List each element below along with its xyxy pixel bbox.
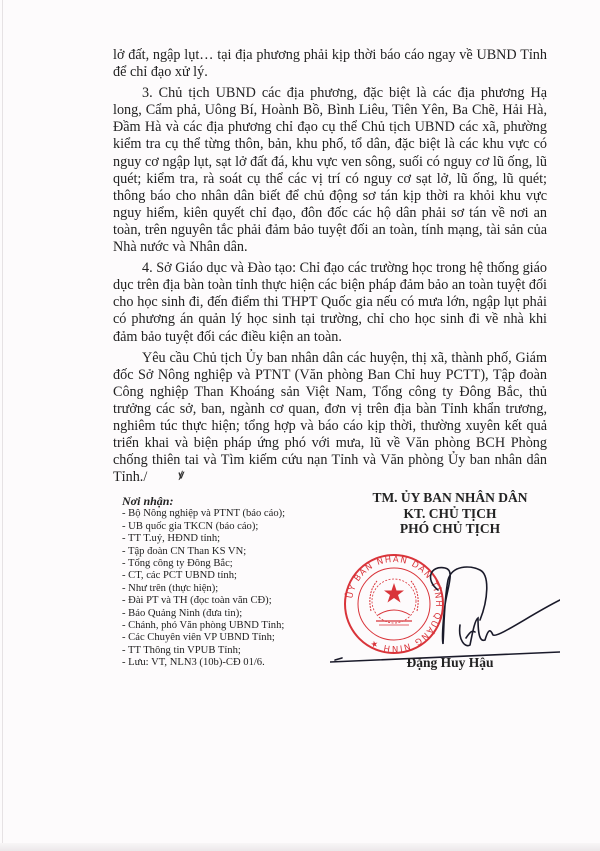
page-bottom-shadow bbox=[0, 843, 600, 851]
recipient-item: - Báo Quảng Ninh (đưa tin); bbox=[122, 608, 332, 620]
signature-title-line-1: TM. ỦY BAN NHÂN DÂN bbox=[355, 490, 545, 506]
recipient-item: - Như trên (thực hiện); bbox=[122, 583, 332, 595]
handwritten-signature bbox=[330, 560, 560, 670]
recipient-item: - CT, các PCT UBND tỉnh; bbox=[122, 570, 332, 582]
recipient-item: - Tổng công ty Đông Bắc; bbox=[122, 558, 332, 570]
document-body: lở đất, ngập lụt… tại địa phương phải kị… bbox=[113, 47, 547, 491]
initial-mark: ꝟ bbox=[148, 467, 185, 490]
recipient-item: - Chánh, phó Văn phòng UBND Tỉnh; bbox=[122, 620, 332, 632]
recipient-item: - TT T.uỷ, HĐND tỉnh; bbox=[122, 533, 332, 545]
closing-text: Yêu cầu Chủ tịch Ủy ban nhân dân các huy… bbox=[113, 350, 547, 486]
signer-name: Đặng Huy Hậu bbox=[395, 655, 505, 671]
signature-block: TM. ỦY BAN NHÂN DÂN KT. CHỦ TỊCH PHÓ CHỦ… bbox=[355, 490, 545, 537]
signature-title-line-3: PHÓ CHỦ TỊCH bbox=[355, 521, 545, 537]
page-edge bbox=[2, 0, 3, 851]
continuation-paragraph: lở đất, ngập lụt… tại địa phương phải kị… bbox=[113, 47, 547, 81]
recipient-item: - UB quốc gia TKCN (báo cáo); bbox=[122, 521, 332, 533]
recipient-item: - TT Thông tin VPUB Tỉnh; bbox=[122, 645, 332, 657]
item-4-paragraph: 4. Sở Giáo dục và Đào tạo: Chỉ đạo các t… bbox=[113, 260, 547, 345]
recipients-list: Nơi nhận: - Bộ Nông nghiệp và PTNT (báo … bbox=[122, 495, 332, 670]
item-3-paragraph: 3. Chủ tịch UBND các địa phương, đặc biệ… bbox=[113, 85, 547, 256]
recipient-item: - Lưu: VT, NLN3 (10b)-CĐ 01/6. bbox=[122, 657, 332, 669]
recipient-item: - Các Chuyên viên VP UBND Tỉnh; bbox=[122, 632, 332, 644]
recipient-item: - Đài PT và TH (đọc toàn văn CĐ); bbox=[122, 595, 332, 607]
recipient-item: - Tập đoàn CN Than KS VN; bbox=[122, 546, 332, 558]
recipient-item: - Bộ Nông nghiệp và PTNT (báo cáo); bbox=[122, 508, 332, 520]
signature-title-line-2: KT. CHỦ TỊCH bbox=[355, 506, 545, 522]
recipients-heading: Nơi nhận: bbox=[122, 495, 332, 507]
closing-paragraph: Yêu cầu Chủ tịch Ủy ban nhân dân các huy… bbox=[113, 350, 547, 488]
